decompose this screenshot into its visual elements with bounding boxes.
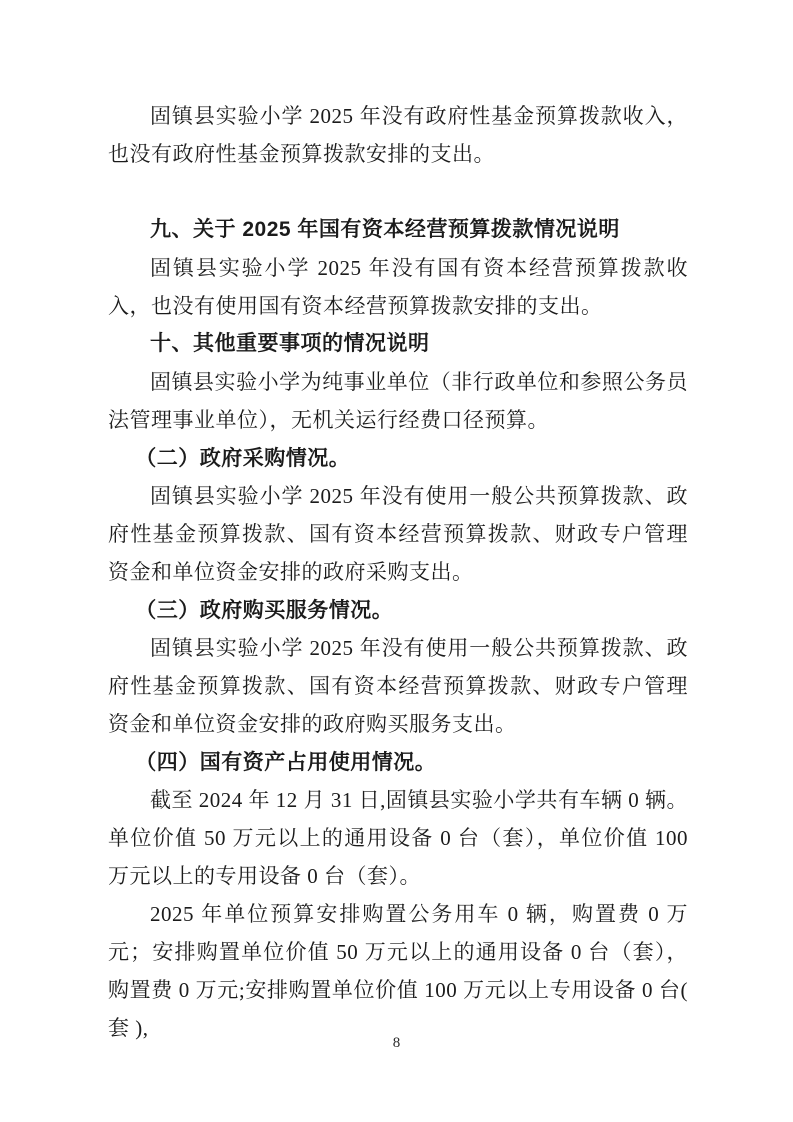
subsection-heading-two-procurement: （二）政府采购情况。	[108, 439, 688, 477]
paragraph-state-capital-budget: 固镇县实验小学 2025 年没有国有资本经营预算拨款收入，也没有使用国有资本经营…	[108, 249, 688, 325]
paragraph-procurement: 固镇县实验小学 2025 年没有使用一般公共预算拨款、政府性基金预算拨款、国有资…	[108, 477, 688, 591]
paragraph-purchased-services: 固镇县实验小学 2025 年没有使用一般公共预算拨款、政府性基金预算拨款、国有资…	[108, 629, 688, 743]
paragraph-state-assets: 截至 2024 年 12 月 31 日,固镇县实验小学共有车辆 0 辆。单位价值…	[108, 781, 688, 895]
page-number: 8	[393, 1035, 401, 1051]
subsection-heading-four-state-assets: （四）国有资产占用使用情况。	[108, 743, 688, 781]
paragraph-2025-purchase-plan: 2025 年单位预算安排购置公务用车 0 辆，购置费 0 万元；安排购置单位价值…	[108, 895, 688, 1047]
section-heading-nine: 九、关于 2025 年国有资本经营预算拨款情况说明	[108, 211, 688, 249]
document-page: { "doc": { "page_number": "8", "backgrou…	[0, 0, 793, 1122]
subsection-heading-three-purchased-services: （三）政府购买服务情况。	[108, 591, 688, 629]
paragraph-institution-type: 固镇县实验小学为纯事业单位（非行政单位和参照公务员法管理事业单位），无机关运行经…	[108, 363, 688, 439]
page-footer: 8	[0, 1034, 793, 1052]
section-heading-ten: 十、其他重要事项的情况说明	[108, 325, 688, 363]
document-body: 固镇县实验小学 2025 年没有政府性基金预算拨款收入，也没有政府性基金预算拨款…	[108, 97, 688, 1047]
paragraph-gov-fund-budget: 固镇县实验小学 2025 年没有政府性基金预算拨款收入，也没有政府性基金预算拨款…	[108, 97, 688, 173]
